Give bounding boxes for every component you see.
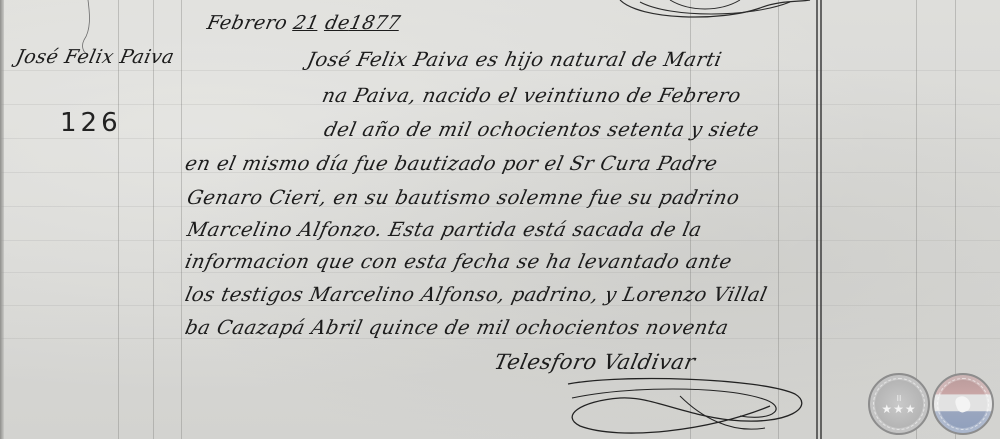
body-line: informacion que con esta fecha se ha lev… [183,250,734,273]
column-rule [181,0,182,439]
body-line: na Paiva, nacido el veintiuno de Febrero [320,84,743,107]
column-rule-double [820,0,822,439]
column-rule [778,0,779,439]
column-rule-double [816,0,818,439]
date-month: Febrero [205,12,290,34]
entry-date: Febrero 21 de1877 [205,12,403,34]
date-day: 21 [291,12,321,34]
archive-seal-stars: II ★★★ [868,373,930,435]
margin-person-name: José Felix Paiva [14,46,176,68]
body-line: José Felix Paiva es hijo natural de Mart… [305,48,724,71]
archive-seal-flag [932,373,994,435]
signature-name: Telesforo Valdivar [492,350,698,374]
entry-number: 126 [60,108,122,138]
document-scan: Febrero 21 de1877 José Felix Paiva 126 J… [0,0,1000,439]
body-line: los testigos Marcelino Alfonso, padrino,… [183,283,769,306]
body-line: ba Caazapá Abril quince de mil ochocient… [183,316,731,339]
signature-flourish-icon [560,376,810,439]
page-edge [0,0,4,439]
body-line: Marcelino Alfonzo. Esta partida está sac… [185,218,704,241]
body-line: del año de mil ochocientos setenta y sie… [322,118,761,141]
body-line: en el mismo día fue bautizado por el Sr … [183,152,720,175]
column-rule [916,0,917,439]
seal-ring [873,378,925,430]
date-year: 1877 [348,12,403,34]
top-flourish-icon [600,0,820,30]
body-line: Genaro Cieri, en su bautismo solemne fue… [185,186,742,209]
